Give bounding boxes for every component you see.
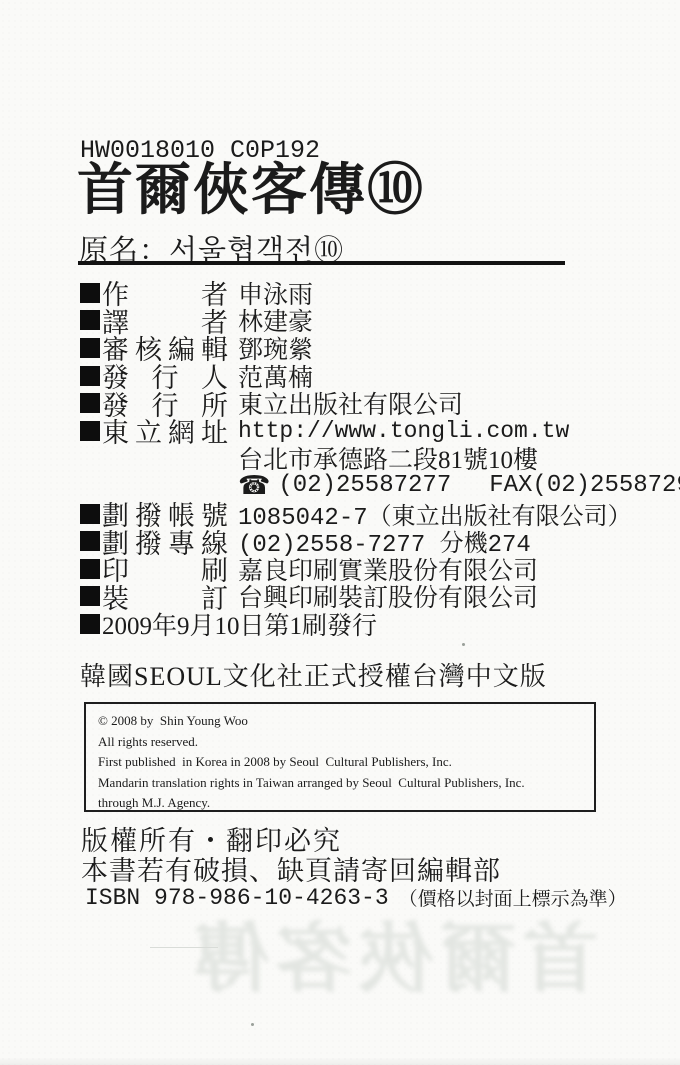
copyright-line: All rights reserved. <box>98 732 582 753</box>
isbn-number: ISBN 978-986-10-4263-3 <box>85 885 389 911</box>
bullet-square-icon <box>80 531 100 551</box>
book-title: 首爾俠客傳⑩ <box>77 160 425 222</box>
page-bleedthrough-text: 首爾俠客傳 <box>208 918 598 1002</box>
credit-value: 東立出版社有限公司 <box>238 385 463 421</box>
colophon-page: HW0018010 C0P192 首爾俠客傳⑩ 原名：서울협객전⑩ 作者 申泳雨… <box>0 0 680 1065</box>
bullet-square-icon <box>80 310 100 330</box>
credits-list: 作者 申泳雨 譯者 林建豪 審核編輯 鄧琬縈 發行人 范萬楠 發行所 東立出版社… <box>80 279 640 638</box>
print-date: 2009年9月10日第1刷發行 <box>102 606 377 642</box>
paper-speck <box>251 1023 254 1026</box>
credit-label: 東立網址 <box>102 411 228 450</box>
bullet-square-icon <box>80 283 100 303</box>
publisher-address: 台北市承德路二段81號10樓 <box>238 440 538 476</box>
copyright-line: through M.J. Agency. <box>98 793 582 814</box>
bullet-square-icon <box>80 421 100 441</box>
bleedthrough-line <box>150 947 218 948</box>
copyright-box: © 2008 by Shin Young Woo All rights rese… <box>84 702 596 812</box>
price-note: （價格以封面上標示為準） <box>399 884 627 911</box>
bullet-square-icon <box>80 614 100 634</box>
copyright-line: Mandarin translation rights in Taiwan ar… <box>98 773 582 794</box>
isbn-row: ISBN 978-986-10-4263-3 （價格以封面上標示為準） <box>85 884 627 911</box>
bullet-square-icon <box>80 338 100 358</box>
credit-row-print-date: 2009年9月10日第1刷發行 <box>80 610 640 638</box>
bullet-square-icon <box>80 366 100 386</box>
damaged-copy-notice: 本書若有破損、缺頁請寄回編輯部 <box>81 849 501 888</box>
divider-rule <box>78 261 565 265</box>
license-statement: 韓國SEOUL文化社正式授權台灣中文版 <box>80 656 547 693</box>
copyright-line: © 2008 by Shin Young Woo <box>98 711 582 732</box>
bullet-square-icon <box>80 586 100 606</box>
bullet-square-icon <box>80 504 100 524</box>
paper-speck <box>462 643 465 646</box>
bullet-square-icon <box>80 559 100 579</box>
copyright-line: First published in Korea in 2008 by Seou… <box>98 752 582 773</box>
bullet-square-icon <box>80 393 100 413</box>
